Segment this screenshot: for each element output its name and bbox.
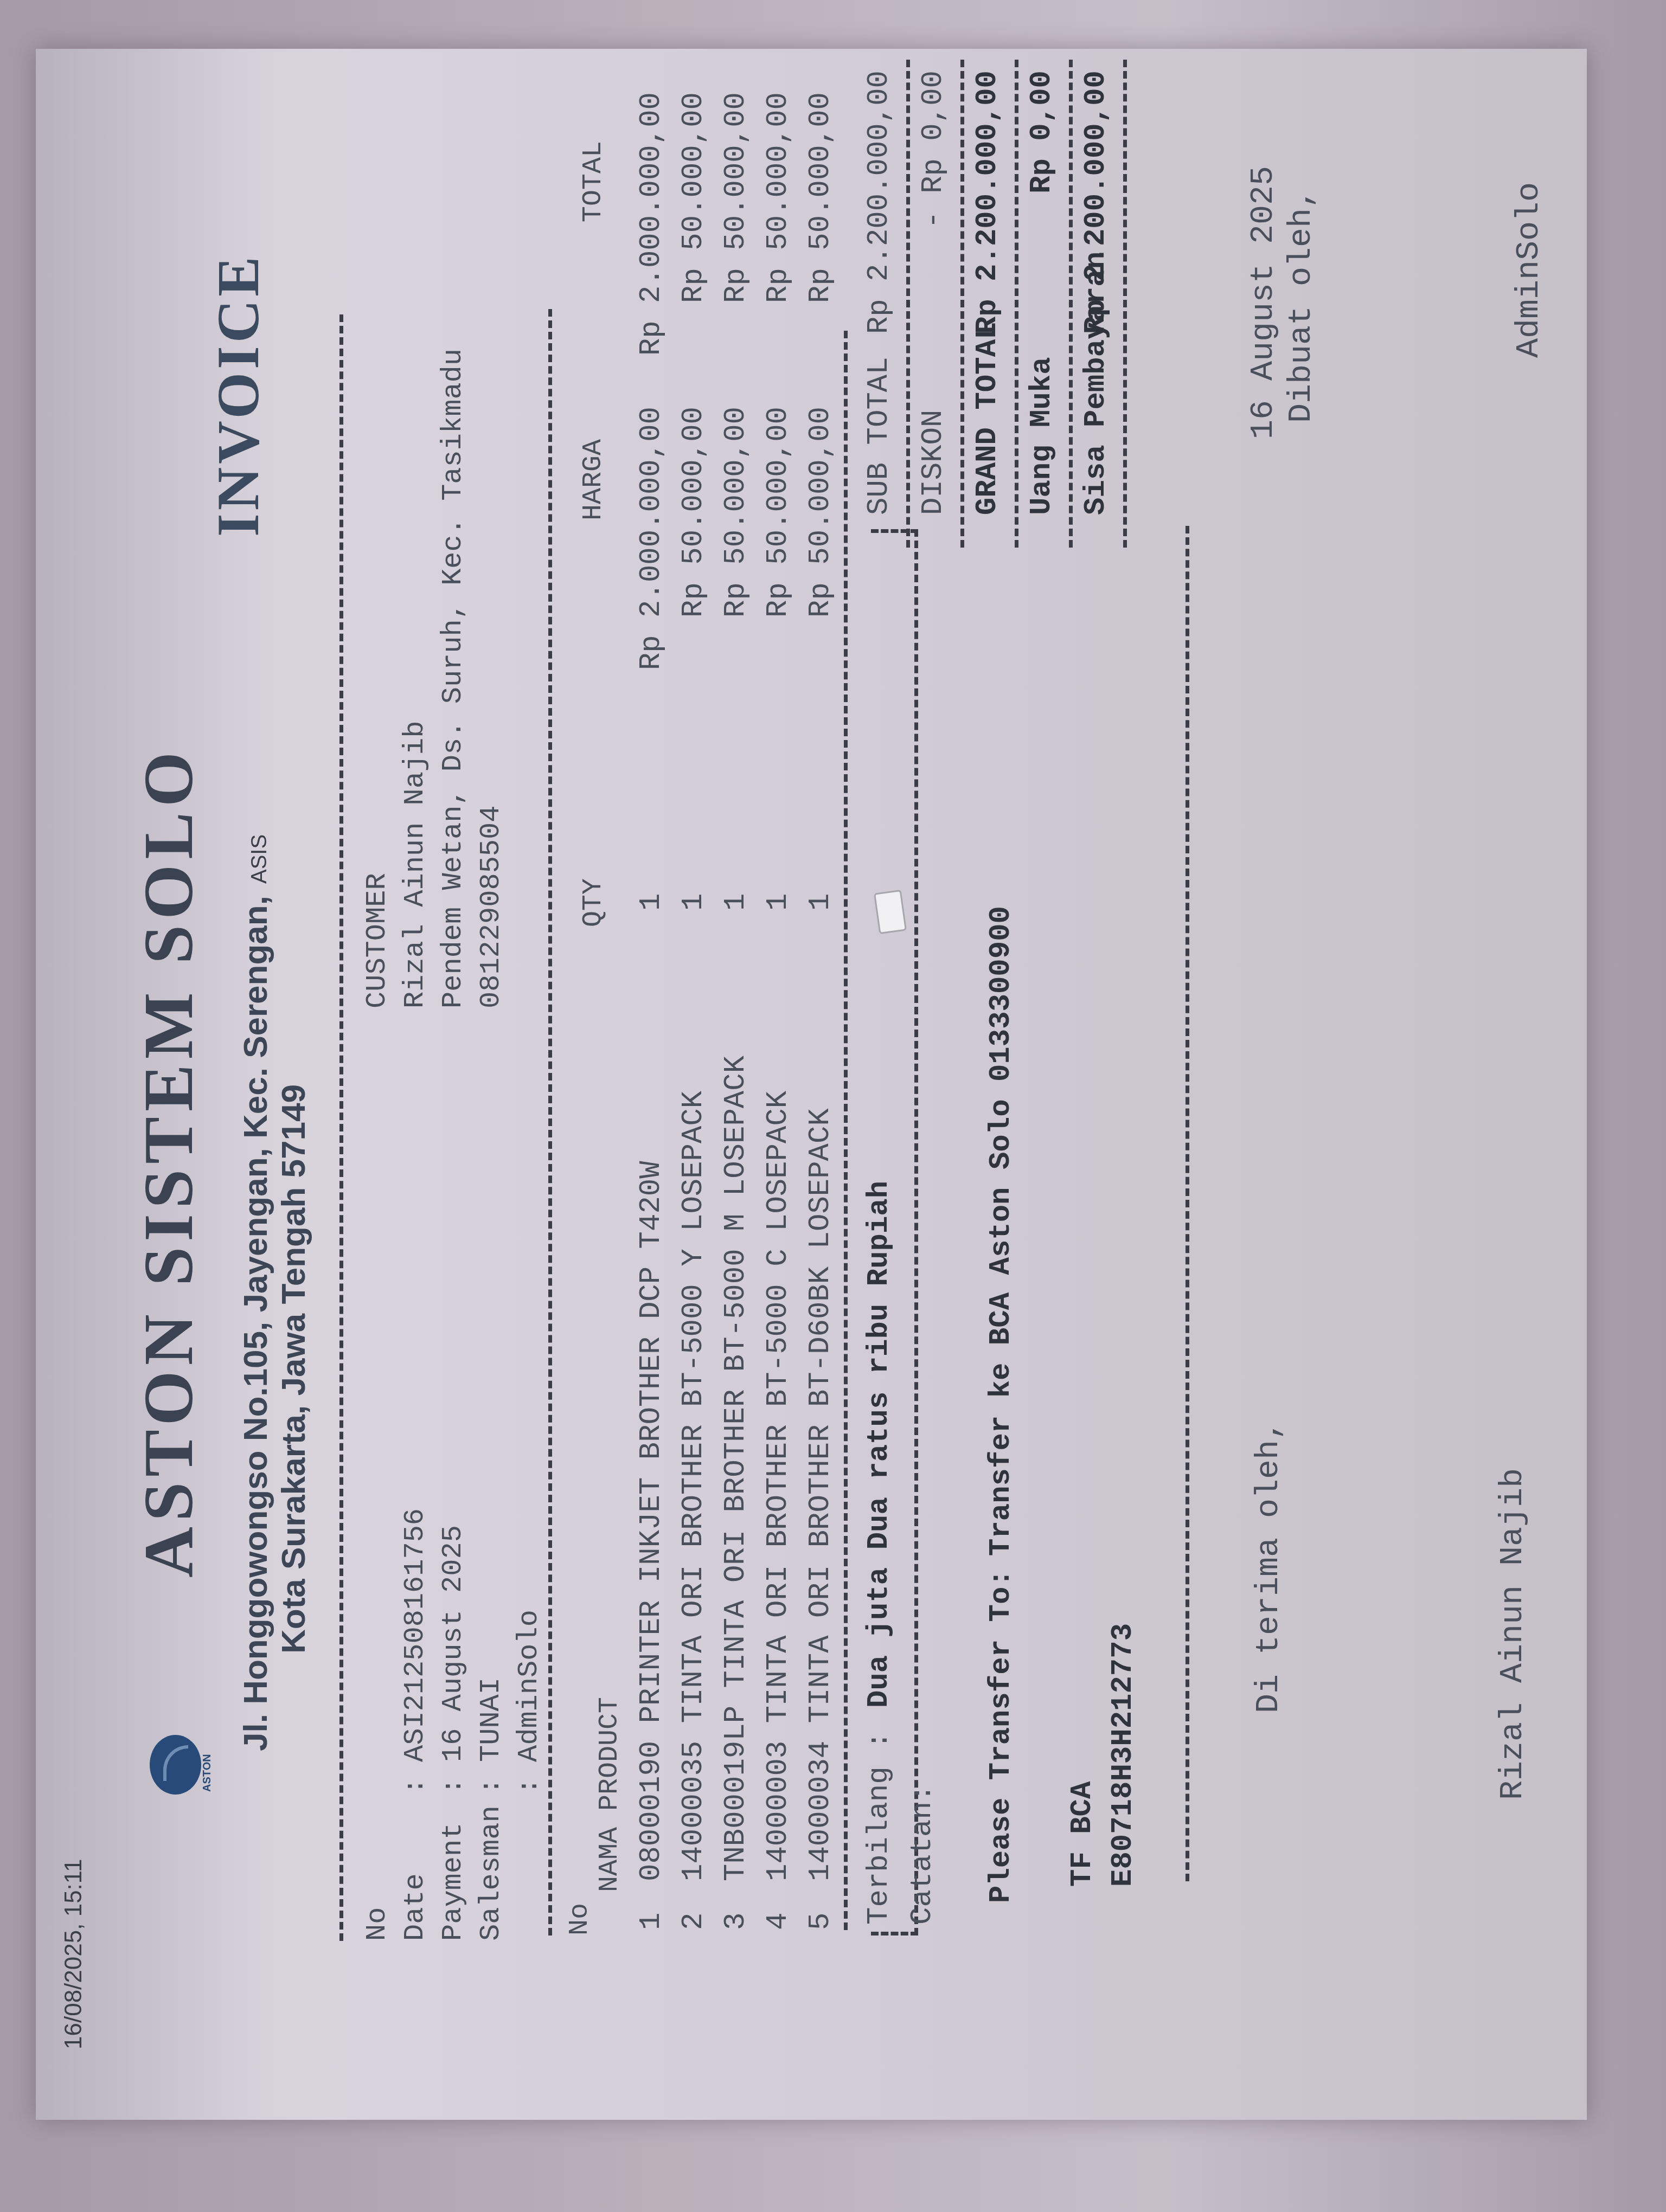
item-qty: 1 [720,893,753,911]
meta-date-label: Date [399,1873,431,1941]
item-qty: 1 [677,893,710,911]
staple-hole [874,890,907,934]
total-value: Rp 0,00 [1026,70,1059,363]
item-total: Rp 50.000,00 [762,92,795,396]
meta-salesman-label: Salesman [475,1805,507,1941]
item-no: 4 [762,1913,795,1930]
item-total: Rp 50.000,00 [720,92,753,396]
payment-instruction-label: Please Transfer To: [985,1569,1018,1903]
col-header-price: HARGA [578,439,609,520]
payment-instruction-value: Transfer ke BCA Aston Solo 0133300900 [985,906,1018,1556]
meta-payment-label: Payment [437,1823,469,1941]
customer-phone: 081229085504 [475,806,507,1008]
item-total: Rp 50.000,00 [677,92,710,396]
logo-text: ASTON [201,1754,214,1792]
item-no: 2 [677,1913,710,1930]
total-label: SUB TOTAL [863,357,896,515]
item-price: Rp 50.000,00 [804,407,837,710]
total-value: Rp 2.200.000,00 [1080,70,1113,363]
total-value: Rp 2.200.000,00 [971,70,1004,363]
divider [1015,60,1018,548]
meta-salesman-value: AdminSolo [513,1610,545,1762]
divider [844,331,848,1930]
item-qty: 1 [635,893,668,911]
company-address-line1: Jl. Honggowongso No.105, Jayengan, Kec. … [236,896,275,1751]
item-product: 08000190 PRINTER INKJET BROTHER DCP T420… [635,1161,668,1881]
signature-date: 16 August 2025 [1245,166,1282,439]
item-price: Rp 50.000,00 [762,407,795,710]
transfer-code: E80718H3H212773 [1107,1623,1140,1887]
item-price: Rp 50.000,00 [720,407,753,710]
col-header-qty: QTY [578,878,609,927]
divider [1123,60,1127,548]
document-title: INVOICE [204,253,273,537]
col-header-no: No [565,1903,595,1935]
item-total: Rp 50.000,00 [804,92,837,396]
meta-separator: : [513,1778,545,1795]
total-label: DISKON [917,410,950,515]
meta-no-label: No [361,1907,393,1941]
item-price: Rp 2.000.000,00 [635,407,668,710]
item-total: Rp 2.000.000,00 [635,92,668,396]
divider [1186,526,1189,1881]
company-name: ASTON SISTEM SOLO [128,747,209,1578]
received-by-label: Di terima oleh, [1251,1420,1287,1713]
company-logo: ASTON [150,1724,209,1795]
meta-payment-value: TUNAI [475,1677,507,1762]
total-value: Rp 2.200.000,00 [863,70,896,363]
created-by-name: AdminSolo [1511,182,1548,358]
item-product: 14000035 TINTA ORI BROTHER BT-5000 Y LOS… [677,1091,710,1881]
item-qty: 1 [762,893,795,911]
item-price: Rp 50.000,00 [677,407,710,710]
divider [339,314,343,1941]
item-no: 5 [804,1913,837,1930]
notes-label: Catatan: [906,1784,939,1925]
customer-heading: CUSTOMER [361,873,393,1008]
item-product: 14000003 TINTA ORI BROTHER BT-5000 C LOS… [762,1091,795,1881]
transfer-method: TF BCA [1066,1782,1099,1887]
meta-separator: : [475,1778,507,1795]
company-address-line2: Kota Surakarta, Jawa Tengah 57149 [274,1084,313,1654]
globe-icon [150,1735,201,1795]
customer-address: Pendem Wetan, Ds. Suruh, Kec. Tasikmadu [437,349,469,1008]
divider [548,309,552,1935]
item-no: 1 [635,1913,668,1930]
total-label: Uang Muka [1026,357,1059,515]
item-qty: 1 [804,893,837,911]
invoice-sheet: 16/08/2025, 15:11 ASTON ASTON SISTEM SOL… [36,49,1587,2120]
received-by-name: Rizal Ainun Najib [1495,1468,1532,1800]
meta-separator: : [437,1778,469,1795]
created-by-label: Dibuat oleh, [1283,189,1320,423]
item-product: TNB00019LP TINTA ORI BROTHER BT-5000 M L… [720,1056,753,1881]
item-no: 3 [720,1913,753,1930]
item-product: 14000034 TINTA ORI BROTHER BT-D60BK LOSE… [804,1108,837,1881]
divider [960,60,964,548]
divider [906,60,910,548]
meta-separator: : [399,1778,431,1795]
meta-date-value: 16 August 2025 [437,1525,469,1762]
total-value: - Rp 0,00 [917,70,950,363]
customer-name: Rizal Ainun Najib [399,721,431,1009]
terbilang-value: Dua juta Dua ratus ribu Rupiah [863,1181,896,1708]
meta-no-value: ASI212508161756 [399,1508,431,1762]
terbilang-label: Terbilang : [863,1732,896,1925]
divider [1069,60,1073,548]
col-header-product: NAMA PRODUCT [594,1697,625,1892]
col-header-total: TOTAL [578,141,609,222]
printed-timestamp: 16/08/2025, 15:11 [60,1859,87,2049]
company-tag: ASIS [247,834,272,884]
